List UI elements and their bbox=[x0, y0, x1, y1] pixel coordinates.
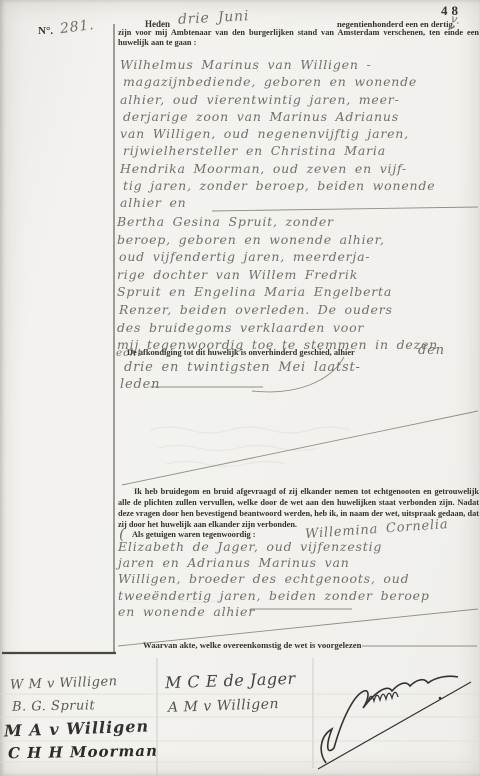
printed-announcement: De afkondiging tot dit huwelijk is onver… bbox=[127, 348, 355, 357]
handwritten-line: oud vijfendertig jaren, meerderja- bbox=[119, 248, 438, 266]
handwritten-line: rijwielhersteller en Christina Maria bbox=[123, 142, 435, 159]
handwritten-line: tweeëndertig jaren, beiden zonder beroep bbox=[118, 588, 430, 604]
marriage-certificate-scan: 48 v. N°. 281. Heden drie Juni negentien… bbox=[0, 0, 480, 776]
handwritten-line: van Willigen, oud negenenvijftig jaren, bbox=[120, 125, 435, 142]
signature-groom-mother: C H H Moorman bbox=[8, 742, 158, 763]
blank-space-strike-line bbox=[122, 411, 478, 485]
groom-paragraph: Wilhelmus Marinus van Willigen - magazij… bbox=[120, 56, 435, 212]
handwritten-line: beroep, geboren en wonende alhier, bbox=[117, 231, 438, 249]
handwritten-line: Hendrika Moorman, oud zeven en vijf- bbox=[120, 160, 435, 177]
handwritten-line: des bruidegoms verklaarden voor bbox=[117, 319, 438, 337]
handwritten-line: tig jaren, zonder beroep, beiden wonende bbox=[123, 177, 435, 194]
handwritten-line: Spruit en Engelina Maria Engelberta bbox=[117, 283, 438, 301]
act-number-label: N°. bbox=[38, 25, 53, 37]
signature-witness-2: A M v Willigen bbox=[168, 696, 280, 716]
signature-groom-father: M A v Willigen bbox=[4, 716, 150, 740]
handwritten-line: Bertha Gesina Spruit, zonder bbox=[117, 213, 438, 231]
signature-groom: W M v Willigen bbox=[10, 674, 118, 693]
registrar-signature bbox=[318, 676, 471, 769]
handwritten-line: alhier en bbox=[120, 194, 435, 211]
witnesses-paragraph: Elizabeth de Jager, oud vijfenzestig jar… bbox=[118, 539, 430, 620]
handwritten-line: alhier, oud vierentwintig jaren, meer- bbox=[120, 91, 435, 108]
handwritten-line: Wilhelmus Marinus van Willigen - bbox=[120, 56, 435, 73]
printed-intro-body: zijn voor mij Ambtenaar van den burgerli… bbox=[118, 28, 479, 47]
signature-witness-1: M C E de Jager bbox=[165, 669, 296, 693]
handwritten-line: drie en twintigsten Mei laatst- bbox=[124, 360, 361, 375]
bride-paragraph: Bertha Gesina Spruit, zonder beroep, geb… bbox=[117, 213, 438, 354]
handwritten-line: den bbox=[418, 343, 445, 358]
handwritten-line: Renzer, beiden overleden. De ouders bbox=[119, 301, 438, 319]
handwritten-line: rige dochter van Willem Fredrik bbox=[117, 266, 438, 284]
handwritten-line: Elizabeth de Jager, oud vijfenzestig bbox=[118, 539, 430, 555]
handwritten-line: jaren en Adrianus Marinus van bbox=[118, 555, 430, 571]
handwritten-line: derjarige zoon van Marinus Adrianus bbox=[123, 108, 435, 125]
handwritten-line: Willigen, broeder des echtgenoots, oud bbox=[118, 571, 430, 587]
handwritten-date: drie Juni bbox=[178, 8, 250, 28]
printed-closing: Waarvan akte, welke overeenkomstig de we… bbox=[143, 640, 361, 650]
act-number-value: 281. bbox=[59, 17, 95, 37]
printed-witnesses-label: Als getuigen waren tegenwoordig : bbox=[132, 530, 256, 539]
handwritten-line: en wonende alhier bbox=[118, 604, 430, 620]
signature-bride: B. G. Spruit bbox=[12, 698, 95, 714]
handwritten-line: magazijnbediende, geboren en wonende bbox=[123, 73, 435, 90]
handwritten-line: leden bbox=[120, 377, 160, 392]
